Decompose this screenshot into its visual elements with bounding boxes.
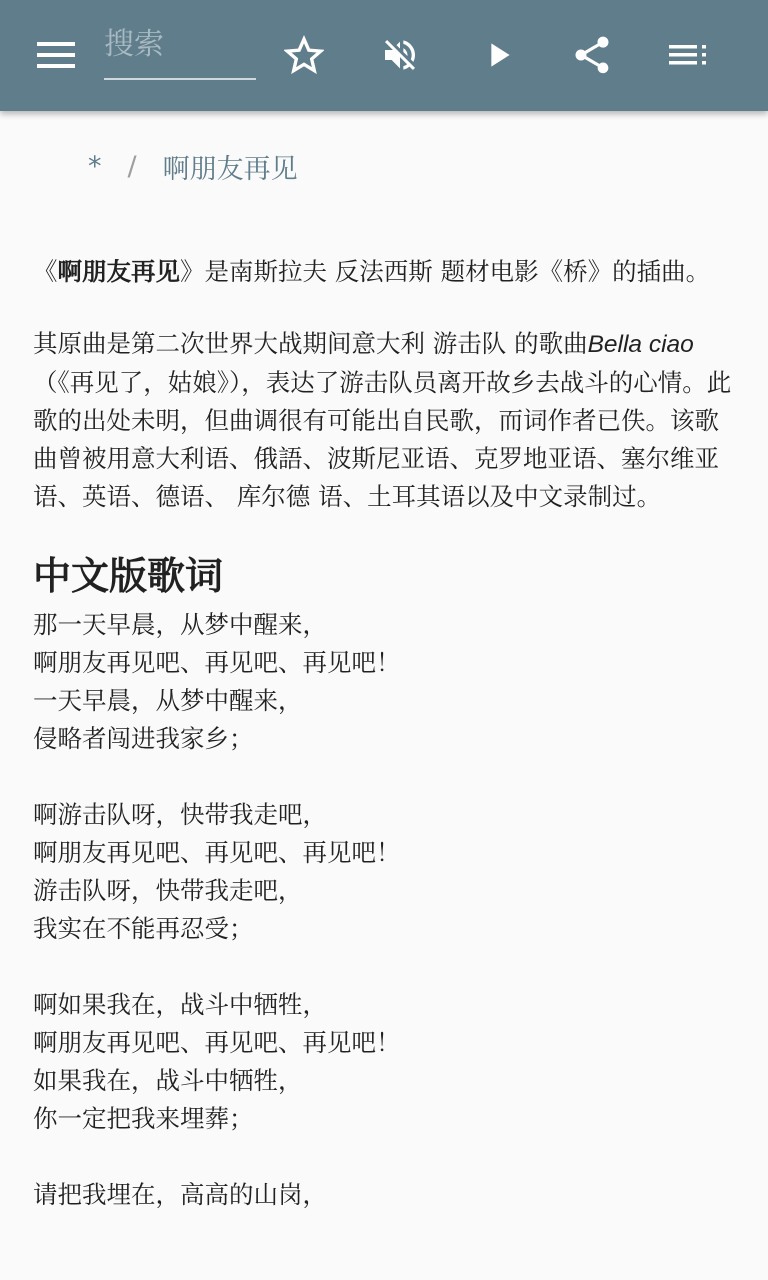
lyric-line: 请把我埋在，高高的山岗， <box>33 1176 738 1214</box>
lyrics-stanza: 啊如果我在，战斗中牺牲， 啊朋友再见吧、再见吧、再见吧！ 如果我在，战斗中牺牲，… <box>33 986 738 1138</box>
origin-text-before: 其原曲是第二次世界大战期间意大利 游击队 的歌曲 <box>33 329 588 358</box>
lyric-line: 啊如果我在，战斗中牺牲， <box>33 986 738 1024</box>
breadcrumb-current: 啊朋友再见 <box>163 147 298 186</box>
search-input[interactable] <box>104 24 256 80</box>
share-icon <box>570 33 614 77</box>
intro-paragraph: 《啊朋友再见》是南斯拉夫 反法西斯 题材电影《桥》的插曲。 <box>33 253 738 291</box>
volume-off-icon <box>380 35 420 75</box>
lyrics-stanza: 请把我埋在，高高的山岗， <box>33 1176 738 1214</box>
lyric-line: 啊朋友再见吧、再见吧、再见吧！ <box>33 834 738 872</box>
stanza-gap <box>33 948 738 986</box>
section-heading: 中文版歌词 <box>33 550 738 602</box>
share-button[interactable] <box>568 31 616 79</box>
article-body: 《啊朋友再见》是南斯拉夫 反法西斯 题材电影《桥》的插曲。 其原曲是第二次世界大… <box>33 253 738 1214</box>
lyric-line: 啊朋友再见吧、再见吧、再见吧！ <box>33 1024 738 1062</box>
toc-button[interactable] <box>664 31 712 79</box>
lyric-line: 啊游击队呀，快带我走吧， <box>33 796 738 834</box>
lyric-line: 我实在不能再忍受； <box>33 910 738 948</box>
intro-open-quote: 《 <box>33 257 58 286</box>
bella-ciao-italic: Bella ciao <box>588 331 694 358</box>
menu-icon <box>37 41 75 69</box>
playlist-icon <box>669 43 707 67</box>
menu-button[interactable] <box>32 31 80 79</box>
favorite-button[interactable] <box>280 31 328 79</box>
origin-text-after: （《再见了，姑娘》），表达了游击队员离开故乡去战斗的心情。此歌的出处未明，但曲调… <box>33 368 731 511</box>
lyrics-stanza: 啊游击队呀，快带我走吧， 啊朋友再见吧、再见吧、再见吧！ 游击队呀，快带我走吧，… <box>33 796 738 948</box>
breadcrumb: * / 啊朋友再见 <box>88 147 298 186</box>
origin-paragraph: 其原曲是第二次世界大战期间意大利 游击队 的歌曲Bella ciao（《再见了，… <box>33 325 738 516</box>
play-icon <box>478 35 518 75</box>
lyric-line: 游击队呀，快带我走吧， <box>33 872 738 910</box>
stanza-gap <box>33 1138 738 1176</box>
app-toolbar <box>0 0 768 111</box>
lyric-line: 啊朋友再见吧、再见吧、再见吧！ <box>33 644 738 682</box>
star-outline-icon <box>284 35 324 75</box>
lyric-line: 一天早晨，从梦中醒来， <box>33 682 738 720</box>
lyrics: 那一天早晨，从梦中醒来， 啊朋友再见吧、再见吧、再见吧！ 一天早晨，从梦中醒来，… <box>33 606 738 1214</box>
article-content: * / 啊朋友再见 《啊朋友再见》是南斯拉夫 反法西斯 题材电影《桥》的插曲。 … <box>0 111 768 1280</box>
mute-button[interactable] <box>376 31 424 79</box>
song-title: 啊朋友再见 <box>58 257 181 286</box>
play-button[interactable] <box>474 31 522 79</box>
breadcrumb-root-link[interactable]: * <box>88 151 102 182</box>
intro-text: 》是南斯拉夫 反法西斯 题材电影《桥》的插曲。 <box>180 257 710 286</box>
breadcrumb-separator: / <box>128 151 137 182</box>
lyric-line: 那一天早晨，从梦中醒来， <box>33 606 738 644</box>
lyric-line: 如果我在，战斗中牺牲， <box>33 1062 738 1100</box>
lyric-line: 你一定把我来埋葬； <box>33 1100 738 1138</box>
search-field[interactable] <box>104 24 256 82</box>
stanza-gap <box>33 758 738 796</box>
lyric-line: 侵略者闯进我家乡； <box>33 720 738 758</box>
lyrics-stanza: 那一天早晨，从梦中醒来， 啊朋友再见吧、再见吧、再见吧！ 一天早晨，从梦中醒来，… <box>33 606 738 758</box>
